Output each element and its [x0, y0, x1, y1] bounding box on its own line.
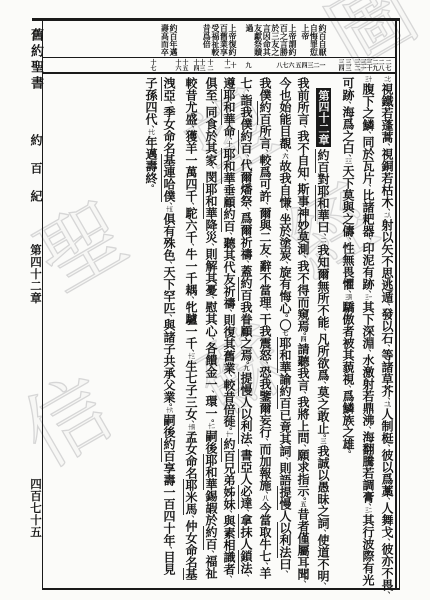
chapter-summary: 上帝謂約 百之言勝 於三友之 言因命其 友獻祭贖 過: [245, 24, 297, 58]
text-segment: 子孫四代、: [144, 77, 158, 130]
proper-noun: 約百: [161, 438, 176, 462]
punctuation-mark: 、: [224, 575, 234, 583]
punctuation-mark: 、: [224, 510, 234, 518]
text-segment: 其下深淵、水激射若鼎沸、海翻騰若調膏、: [361, 301, 375, 508]
proper-noun: 必達: [238, 485, 253, 509]
punctuation-mark: 、: [343, 385, 353, 393]
punctuation-mark: 、: [206, 550, 216, 558]
punctuation-mark: 、: [206, 243, 216, 251]
text-segment: 、福祉: [204, 550, 218, 579]
proper-noun: 洩亞: [161, 77, 176, 101]
text-column: 俱至、同食於其家、閔耶和華降災、則解其憂、慰其心、各饋金一、環一。十二嗣後耶和華…: [203, 77, 219, 592]
punctuation-mark: 、: [164, 546, 174, 554]
punctuation-mark: 、: [224, 309, 234, 317]
proper-noun: 耶和華: [221, 89, 236, 125]
text-segment: 請聽我言、我將上問、願求指示。: [296, 343, 310, 502]
proper-noun: 約百: [221, 208, 236, 232]
chapter-heading-box: 第四十二章: [316, 88, 331, 147]
proper-noun: 耶和華: [203, 183, 218, 219]
text-segment: 、仲女命名: [184, 515, 198, 568]
punctuation-mark: 、: [363, 426, 373, 434]
summary-column: 友獻祭贖: [254, 24, 263, 58]
text-segment: 人: [239, 396, 253, 408]
punctuation-mark: 、: [164, 261, 174, 269]
punctuation-mark: 、: [298, 125, 308, 133]
text-column: 第四十二章約百對耶和華曰、二我知爾無所不能、凡所欲爲、莫之敢止。三我誠以愚昧之詞…: [315, 77, 331, 600]
summary-column: 壽高而卒: [161, 24, 170, 58]
text-segment: 我知爾無所不能、凡所欲爲、莫之敢止。: [316, 244, 330, 439]
punctuation-mark: 、: [363, 349, 373, 357]
proper-noun: 約百: [315, 149, 330, 173]
text-segment: 所言、較爲可許、爾與二友、辭不當理、干我震怒、恐我鑒爾妄行、而加報施、: [258, 125, 272, 496]
proper-noun: 提慢: [238, 372, 253, 396]
verse-number-index: 十六: [174, 59, 180, 71]
text-segment: 錫嘏於: [204, 490, 218, 526]
punctuation-mark: 、: [260, 255, 270, 263]
punctuation-mark: 、: [206, 296, 216, 304]
punctuation-mark: 、: [298, 580, 308, 588]
page-number: 四百七十五: [29, 478, 43, 538]
proper-noun: 耶和華: [203, 454, 218, 490]
punctuation-mark: 、: [298, 178, 308, 186]
text-segment: 、: [239, 574, 253, 579]
punctuation-mark: 、: [280, 261, 290, 269]
text-segment: 年邁壽終。: [144, 136, 158, 189]
text-column: 洩亞、季女命名基連哈僕、十五俱有殊色、天下罕匹、與諸子共承父業。十六嗣後約百享壽…: [161, 77, 177, 592]
text-segment: 俱至、同食於其家、閔: [204, 77, 218, 183]
proper-noun: 提慢: [277, 486, 292, 510]
punctuation-mark: 。: [343, 450, 353, 458]
proper-noun: 約百: [238, 277, 253, 301]
text-segment: 兄弟姊妹、與素相識者、: [222, 462, 236, 580]
verse-number-index: 八: [275, 62, 281, 68]
text-segment: 降災、則解其憂、慰其心、各饋金一、環一。: [204, 219, 218, 424]
summary-column: 言因命其: [263, 24, 272, 58]
proper-noun: 約百: [203, 526, 218, 550]
text-segment: 人: [239, 538, 253, 550]
text-segment: 嗣後: [204, 430, 218, 454]
proper-noun: 基連哈僕: [161, 154, 176, 202]
text-segment: 今也始能目覩、: [278, 77, 292, 154]
text-column: 我前所言、我不自知、斯事神妙莫測、我不得而窺焉。四請聽我言、我將上問、願求指示。…: [295, 77, 311, 592]
verse-number-index: 五: [294, 62, 300, 68]
text-segment: 我僕: [258, 77, 272, 101]
punctuation-mark: 、: [260, 308, 270, 316]
text-segment: 對: [316, 173, 330, 185]
text-segment: 我前所言、我不自知、斯事神妙莫測、我不得而窺焉。: [296, 77, 310, 337]
text-segment: 視鐵若蓬蒿、視銅若枯木、: [380, 83, 394, 213]
punctuation-mark: 、: [363, 131, 373, 139]
chapter-label: 第四十二章: [29, 244, 43, 304]
text-segment: 生七子三女、: [184, 360, 198, 425]
punctuation-mark: 、: [382, 344, 392, 352]
verse-number-rule: [43, 72, 395, 74]
text-segment: 、聽其代友祈禱、則復其舊業、較昔倍蓰。: [222, 232, 236, 432]
text-segment: 人: [239, 473, 253, 485]
chapter-summary: 上帝復約 百舊業享 受福祉較 昔爲倍: [203, 24, 237, 58]
summary-column: 約百年邁: [169, 24, 178, 58]
proper-noun: 耶米馬: [183, 479, 198, 515]
punctuation-mark: 、: [318, 381, 328, 389]
summary-column: 約百自厭: [318, 24, 327, 58]
text-column: 可跡、海爲之白、三三天下莫與之儔、性無畏懼、三四驕傲者被其藐視、爲鱗族之雄。: [340, 77, 356, 592]
text-segment: 垂顧: [222, 184, 236, 208]
summary-column: 昔爲倍: [203, 24, 212, 58]
text-segment: 較昔尤盛、獲羊一萬四千、駝六千、牛一千耦、牝驢一千、: [184, 77, 198, 354]
text-segment: 享壽一百四十年、目見: [162, 462, 176, 575]
punctuation-mark: 、: [280, 208, 290, 216]
punctuation-mark: 、: [298, 255, 308, 263]
proper-noun: 鎖法: [238, 550, 253, 574]
punctuation-mark: 、: [343, 237, 353, 245]
text-segment: 人: [278, 510, 292, 522]
summary-column: 受福祉較: [211, 24, 220, 58]
proper-noun: 基: [183, 568, 198, 580]
punctuation-mark: 、: [186, 515, 196, 523]
punctuation-mark: 、: [318, 582, 328, 590]
text-segment: 可跡、海爲之白、: [341, 77, 355, 159]
punctuation-mark: 、: [206, 101, 216, 109]
text-segment: 昔者僅屬耳聞、: [296, 508, 310, 585]
punctuation-mark: 、: [186, 125, 196, 133]
punctuation-mark: 、: [206, 166, 216, 174]
proper-noun: 書亞: [238, 449, 253, 473]
punctuation-mark: 、: [363, 184, 373, 192]
text-column: 二七視鐵若蓬蒿、視銅若枯木、二八射以矢不思逃遁、發以石、等諸草芥、二九人制梃、彼…: [379, 77, 395, 592]
proper-noun: 以利法: [238, 408, 253, 444]
text-segment: 俱有殊色、天下罕匹、與諸子共承父業。: [162, 213, 176, 408]
proper-noun: 約百: [238, 130, 253, 154]
text-segment: 嗣後: [162, 414, 176, 438]
punctuation-mark: 、: [382, 497, 392, 505]
proper-noun: 約百: [257, 101, 272, 125]
proper-noun: 以利法: [277, 522, 292, 558]
punctuation-mark: 、: [382, 444, 392, 452]
text-segment: 遵: [222, 77, 236, 89]
punctuation-mark: 、: [186, 296, 196, 304]
proper-noun: 拿抹: [238, 514, 253, 538]
punctuation-mark: 、: [298, 444, 308, 452]
summary-column: 百舊業享: [220, 24, 229, 58]
right-border-rule-outer: [399, 19, 400, 590]
text-segment: 命、: [222, 125, 236, 142]
punctuation-mark: 、: [224, 374, 234, 382]
proper-noun: 耶和華: [221, 148, 236, 184]
proper-noun: 約百: [277, 385, 292, 409]
right-border-rule-inner: [395, 21, 397, 589]
punctuation-mark: 、: [241, 89, 251, 97]
punctuation-mark: 、: [260, 202, 270, 210]
chapter-summary: 約百年邁 壽高而卒: [161, 24, 178, 58]
punctuation-mark: 、: [298, 391, 308, 399]
punctuation-mark: 、: [164, 101, 174, 109]
text-segment: 七、詣我僕: [239, 77, 253, 130]
punctuation-mark: 、: [241, 154, 251, 162]
book-name: 約百紀: [29, 134, 43, 218]
text-column: 今也始能目覩、六故我自慊、坐於塗炭、旋有悔心。〇七耶和華諭約百已竟其詞、則語提慢…: [277, 77, 293, 592]
verse-number-index: 三三: [344, 59, 350, 71]
punctuation-mark: 。: [280, 314, 290, 322]
summary-column: 上帝復約: [228, 24, 237, 58]
verse-number-index: 十五: [181, 59, 187, 71]
punctuation-mark: 、: [206, 337, 216, 345]
text-segment: 其行波際有光: [361, 514, 375, 586]
punctuation-mark: 、: [186, 243, 196, 251]
summary-column: 百之言勝: [280, 24, 289, 58]
text-column: 子孫四代、十七年邁壽終。: [143, 77, 159, 592]
text-segment: 曰、: [316, 221, 330, 238]
punctuation-mark: 、: [260, 149, 270, 157]
top-border-rule: [32, 18, 400, 21]
text-segment: 已竟其詞、則語: [278, 409, 292, 486]
text-segment: 、代爾燔祭、爲爾祈禱、蓋: [239, 154, 253, 277]
verse-number-index: 十二: [206, 59, 212, 71]
text-column: 七、詣我僕約百、代爾燔祭、爲爾祈禱、蓋約百我眷顧之焉。九提慢人以利法、書亞人必達…: [238, 77, 254, 592]
punctuation-mark: 、: [241, 574, 251, 582]
text-segment: 故我自慊、坐於塗炭、旋有悔心。〇: [278, 160, 292, 331]
verse-number-index: 十四: [192, 59, 198, 71]
punctuation-mark: 、: [382, 303, 392, 311]
punctuation-mark: 、: [241, 207, 251, 215]
watermark-glyph: 信: [10, 365, 125, 480]
punctuation-mark: 、: [280, 457, 290, 465]
punctuation-mark: 、: [363, 237, 373, 245]
text-segment: 今當取牛七、羊: [258, 502, 272, 579]
text-segment: 我誠以愚昧之詞、使道不明、: [316, 445, 330, 587]
verse-number-index: 二七: [384, 59, 390, 71]
punctuation-mark: 。: [146, 184, 156, 192]
text-segment: 腹下之鱗、同於瓦片、比諸耙器、印泥有跡、: [361, 83, 375, 295]
verse-number-index: 十七: [149, 59, 155, 71]
summary-column: 自悔罪愆: [310, 24, 319, 58]
text-segment: 人制梃、彼以爲藁、人舞戈、彼亦不畏、: [380, 408, 394, 596]
proper-noun: 約百: [221, 438, 236, 462]
proper-noun: 耶和華: [315, 185, 330, 221]
punctuation-mark: 、: [382, 143, 392, 151]
text-column: 三十腹下之鱗、同於瓦片、比諸耙器、印泥有跡、三一其下深淵、水激射若鼎沸、海翻騰若…: [360, 77, 376, 592]
text-segment: 射以矢不思逃遁、發以石、等諸草芥、: [380, 219, 394, 402]
punctuation-mark: 、: [260, 361, 270, 369]
punctuation-mark: 、: [260, 562, 270, 570]
summary-column: 上帝謂約: [288, 24, 297, 58]
text-segment: 曰、: [278, 558, 292, 575]
punctuation-mark: 、: [318, 328, 328, 336]
punctuation-mark: 、: [280, 570, 290, 578]
punctuation-mark: 、: [206, 390, 216, 398]
text-column: 我僕約百所言、較爲可許、爾與二友、辭不當理、干我震怒、恐我鑒爾妄行、而加報施、八…: [257, 77, 273, 592]
chapter-summary: 約百自厭 自悔罪愆 上帝: [301, 24, 327, 58]
punctuation-mark: 、: [186, 202, 196, 210]
text-segment: 我眷顧之焉。: [239, 301, 253, 366]
text-segment: 孟女命名: [184, 431, 198, 479]
verse-number-index: 三四: [337, 59, 343, 71]
punctuation-mark: 、: [382, 538, 392, 546]
punctuation-mark: 、: [260, 438, 270, 446]
summary-column: 過: [245, 24, 254, 58]
text-segment: 諭: [278, 373, 292, 385]
punctuation-mark: 、: [318, 529, 328, 537]
punctuation-mark: 、: [164, 314, 174, 322]
verse-number-index: 三二: [353, 59, 359, 71]
punctuation-mark: 、: [343, 101, 353, 109]
text-column: 較昔尤盛、獲羊一萬四千、駝六千、牛一千耦、牝驢一千、十三生七子三女、十四孟女命名…: [183, 77, 199, 592]
punctuation-mark: 、: [241, 260, 251, 268]
summary-column: 於三友之: [271, 24, 280, 58]
text-segment: 天下莫與之儔、性無畏懼、: [341, 165, 355, 295]
text-column: 遵耶和華命、十耶和華垂顧約百、聽其代友祈禱、則復其舊業、較昔倍蓰。十一約百兄弟姊…: [221, 77, 237, 592]
punctuation-mark: 、: [382, 591, 392, 599]
book-title: 舊約聖書: [28, 28, 42, 92]
punctuation-mark: 、: [224, 232, 234, 240]
text-segment: 驕傲者被其藐視、爲鱗族之雄。: [341, 301, 355, 455]
proper-noun: 耶和華: [277, 337, 292, 373]
verse-number-index: 九: [244, 62, 250, 68]
verse-number-index: 十一: [223, 59, 229, 71]
text-segment: 、季女命名: [162, 101, 176, 154]
